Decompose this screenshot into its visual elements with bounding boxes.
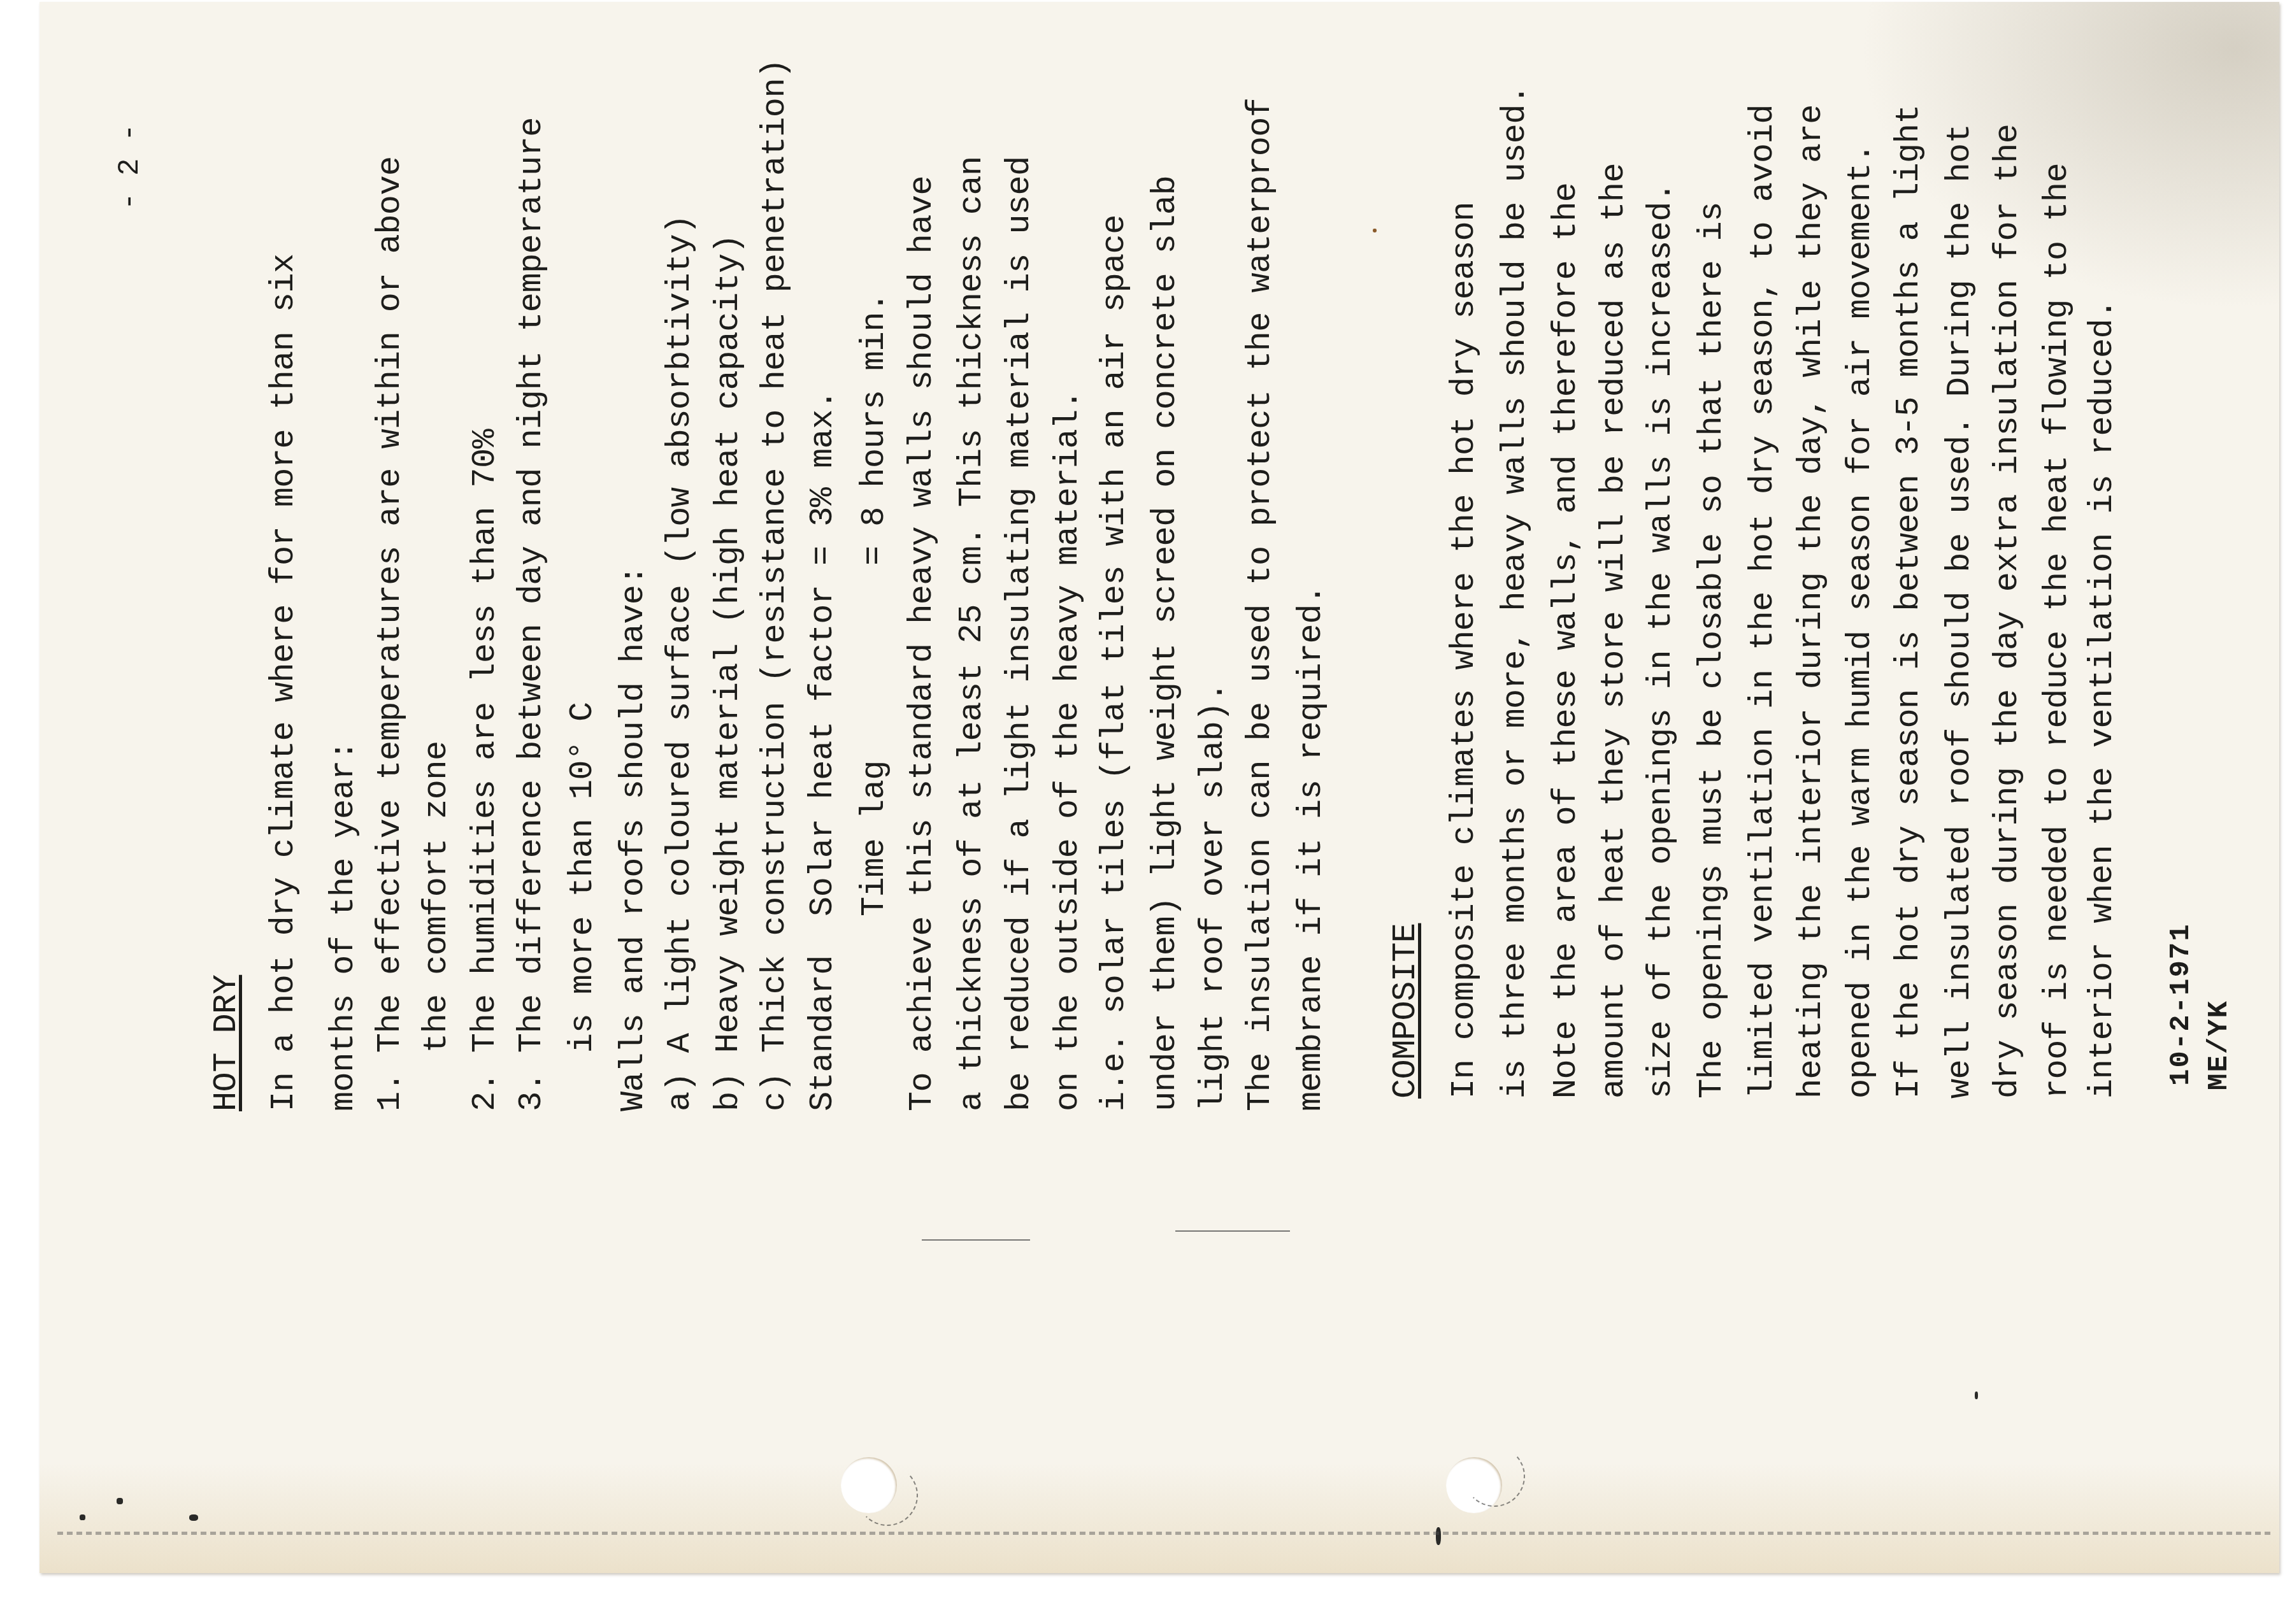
hot-dry-line-6: 3. The difference between day and night … [515, 117, 548, 1111]
composite-line-2: is three months or more, heavy walls sho… [1499, 85, 1532, 1099]
composite-line-1: In composite climates where the hot dry … [1448, 202, 1481, 1099]
hot-dry-line-5: 2. The humidities are less than 70% [469, 429, 502, 1111]
composite-line-8: heating the interior during the day, whi… [1795, 104, 1828, 1099]
composite-line-9: opened in the warm humid season for air … [1844, 143, 1877, 1099]
hot-dry-line-20: light roof over slab). [1197, 683, 1230, 1111]
ink-speck [1436, 1527, 1441, 1545]
hot-dry-line-4: the comfort zone [420, 741, 454, 1112]
hot-dry-line-13: Time lag = 8 hours min. [858, 293, 891, 1111]
composite-line-14: interior when the ventilation is reduced… [2086, 299, 2119, 1099]
punch-hole-1-ring [857, 1465, 918, 1526]
composite-heading: COMPOSITE [1389, 923, 1422, 1099]
hot-dry-line-3: 1. The effective temperatures are within… [374, 156, 407, 1111]
composite-line-4: amount of heat they store will be reduce… [1598, 163, 1631, 1099]
ink-speck [117, 1498, 123, 1504]
hot-dry-line-19: under them) light weight screed on concr… [1149, 176, 1182, 1111]
hot-dry-line-8: Walls and roofs should have: [617, 566, 650, 1111]
composite-line-6: The openings must be closable so that th… [1696, 202, 1729, 1099]
hot-dry-line-22: membrane if it is required. [1295, 585, 1328, 1111]
faint-dash [1175, 1230, 1290, 1232]
hot-dry-heading: HOT DRY [210, 975, 243, 1111]
hot-dry-line-14: To achieve this standard heavy walls sho… [906, 176, 939, 1111]
hot-dry-line-7: is more than 10° C [566, 702, 599, 1111]
composite-line-10: If the hot dry season is between 3-5 mon… [1893, 104, 1926, 1099]
composite-line-7: limited ventilation in the hot dry seaso… [1747, 104, 1780, 1099]
author-initials: ME/YK [2203, 1000, 2236, 1090]
document-date: 10-2-1971 [2165, 923, 2198, 1086]
ink-speck [1373, 229, 1377, 232]
faint-dash [922, 1239, 1030, 1241]
hot-dry-line-21: The insulation can be used to protect th… [1244, 98, 1277, 1111]
hot-dry-line-12: Standard Solar heat factor = 3% max. [806, 390, 840, 1111]
hot-dry-line-10: b) Heavy weight material (high heat capa… [712, 234, 745, 1111]
page-number: - 2 - [113, 124, 147, 210]
hot-dry-line-11: c) Thick construction (resistance to hea… [759, 59, 792, 1111]
ink-speck [80, 1514, 85, 1520]
ink-speck [189, 1514, 198, 1521]
bottom-edge-smudge [57, 1532, 2272, 1535]
hot-dry-line-17: on the outside of the heavy material. [1052, 390, 1085, 1111]
hot-dry-line-1: In a hot dry climate where for more than… [268, 253, 301, 1111]
punch-hole-2-ring [1464, 1446, 1525, 1507]
hot-dry-line-15: a thickness of at least 25 cm. This thic… [956, 156, 989, 1111]
composite-line-3: Note the area of these walls, and theref… [1550, 183, 1583, 1099]
hot-dry-line-16: be reduced if a light insulating materia… [1003, 156, 1036, 1111]
hot-dry-line-9: a) A light coloured surface (low absorbt… [664, 215, 697, 1111]
hot-dry-line-2: months of the year: [327, 741, 361, 1112]
composite-line-13: roof is needed to reduce the heat flowin… [2041, 163, 2074, 1099]
composite-line-11: well insulated roof should be used. Duri… [1944, 124, 1977, 1099]
ink-speck [1975, 1392, 1978, 1399]
composite-line-5: size of the openings in the walls is inc… [1645, 183, 1678, 1099]
hot-dry-line-18: i.e. solar tiles (flat tiles with an air… [1098, 215, 1131, 1111]
composite-line-12: dry season during the day extra insulati… [1991, 124, 2024, 1099]
